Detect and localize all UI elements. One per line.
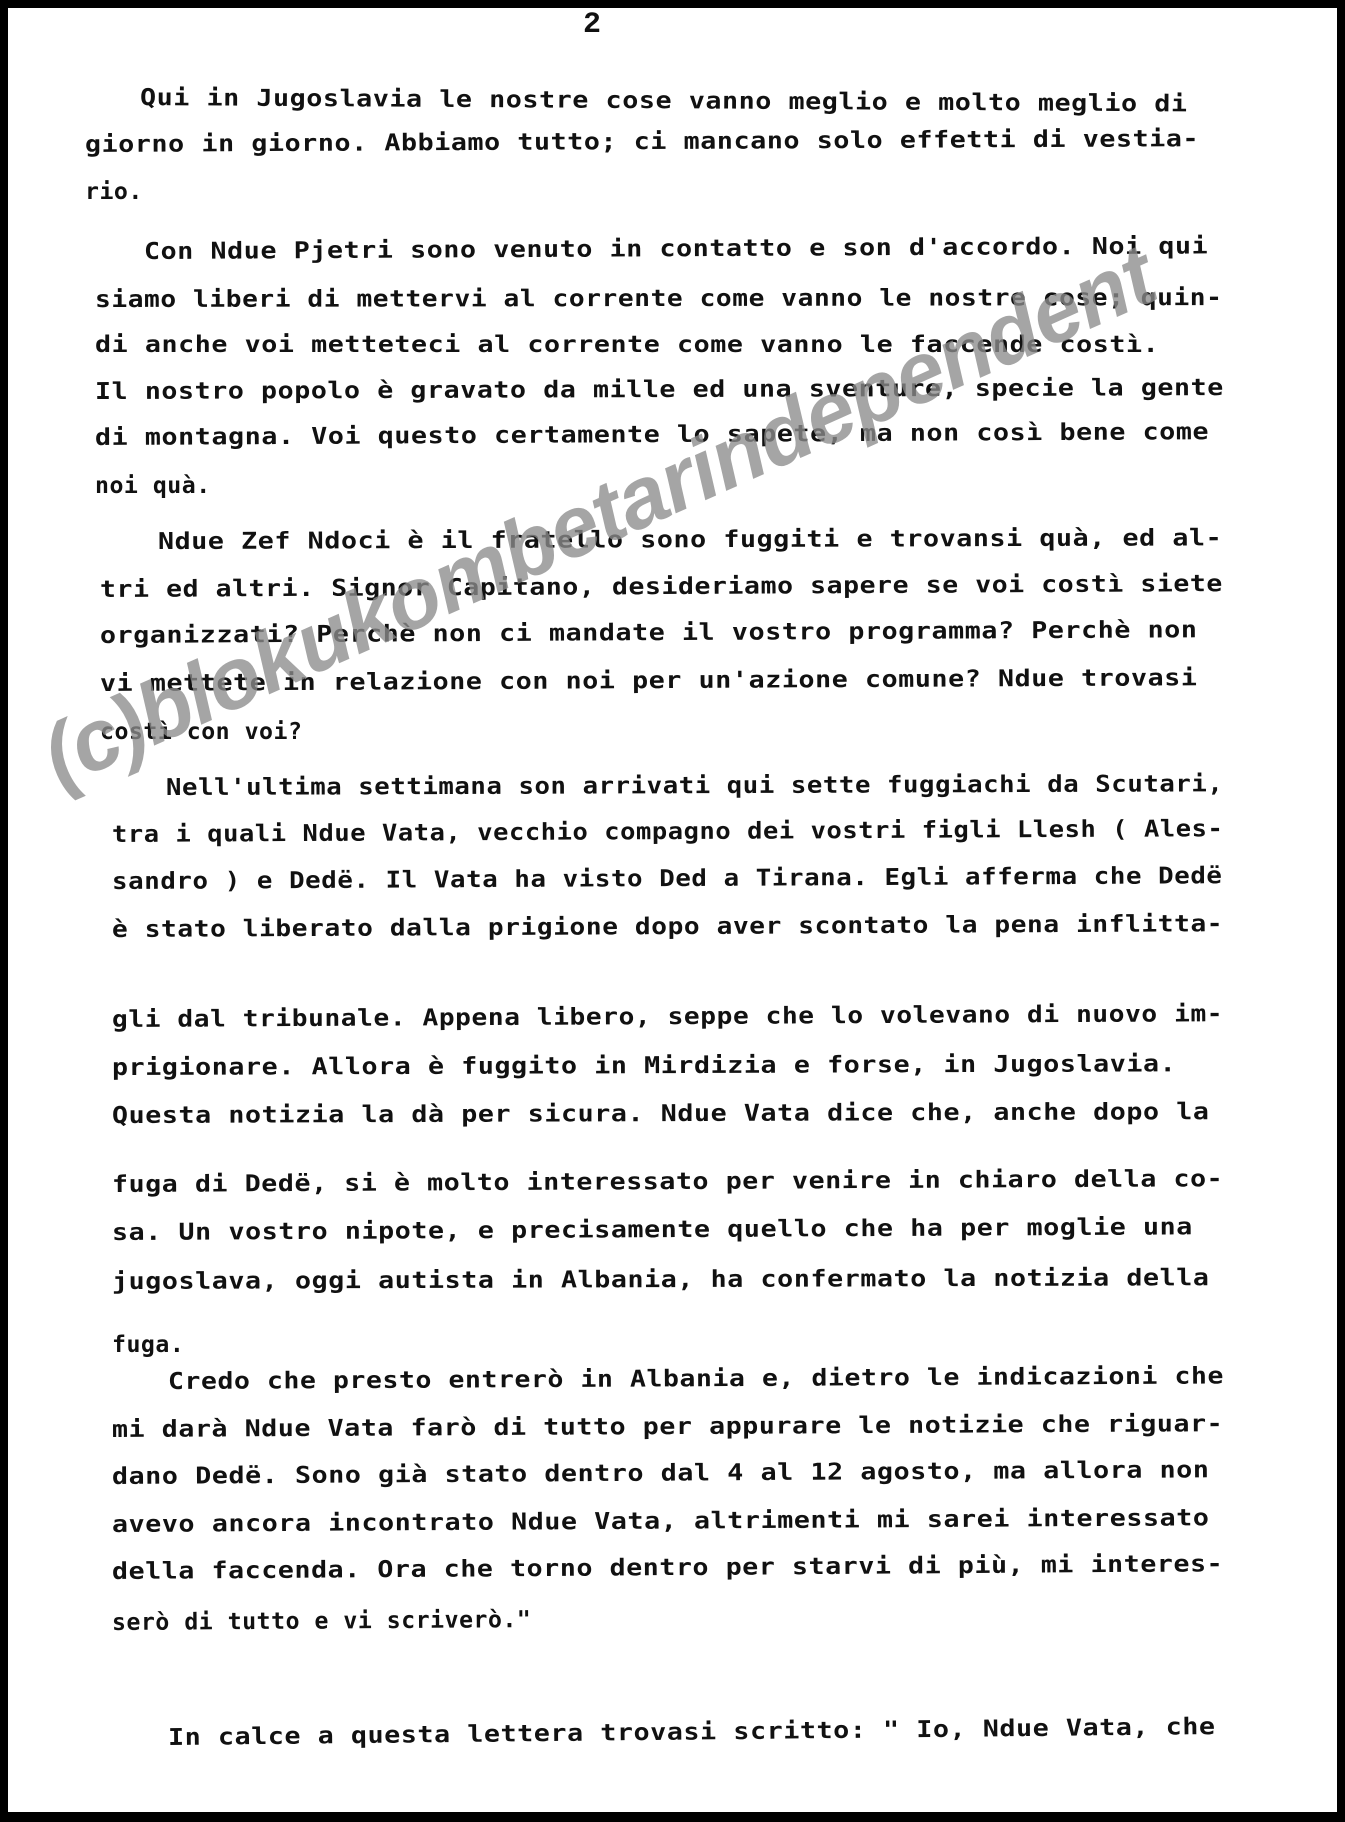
text-line: è stato liberato dalla prigione dopo ave… xyxy=(112,912,1223,941)
text-line: mi darà Ndue Vata farò di tutto per appu… xyxy=(112,1412,1223,1441)
text-line: di anche voi metteteci al corrente come … xyxy=(95,333,1159,356)
text-line: vi mettete in relazione con noi per un'a… xyxy=(100,666,1198,695)
text-line: fuga di Dedë, si è molto interessato per… xyxy=(112,1167,1223,1196)
text-line: della faccenda. Ora che torno dentro per… xyxy=(112,1552,1223,1583)
text-line: avevo ancora incontrato Ndue Vata, altri… xyxy=(112,1506,1210,1536)
text-line: Il nostro popolo è gravato da mille ed u… xyxy=(95,376,1224,403)
text-line: Questa notizia la dà per sicura. Ndue Va… xyxy=(112,1100,1210,1127)
text-line: sandro ) e Dedë. Il Vata ha visto Ded a … xyxy=(112,864,1223,893)
text-line: jugoslava, oggi autista in Albania, ha c… xyxy=(112,1266,1210,1293)
text-line: serò di tutto e vi scriverò." xyxy=(112,1608,531,1634)
text-line: noi quà. xyxy=(95,474,211,497)
page-number: 2 xyxy=(583,8,601,42)
text-line: prigionare. Allora è fuggito in Mirdizia… xyxy=(112,1052,1176,1079)
text-line: sa. Un vostro nipote, e precisamente que… xyxy=(112,1215,1193,1244)
text-line: In calce a questa lettera trovasi scritt… xyxy=(168,1715,1216,1749)
text-line: costì con voi? xyxy=(100,720,302,743)
text-line: rio. xyxy=(85,180,143,203)
text-line: Con Ndue Pjetri sono venuto in contatto … xyxy=(144,234,1208,263)
text-line: Qui in Jugoslavia le nostre cose vanno m… xyxy=(140,86,1188,116)
text-line: di montagna. Voi questo certamente lo sa… xyxy=(95,420,1209,449)
text-line: fuga. xyxy=(112,1333,184,1356)
text-line: gli dal tribunale. Appena libero, seppe … xyxy=(112,1002,1223,1031)
text-line: tra i quali Ndue Vata, vecchio compagno … xyxy=(112,817,1224,846)
text-line: siamo liberi di mettervi al corrente com… xyxy=(95,286,1222,311)
text-line: Ndue Zef Ndoci è il fratello sono fuggit… xyxy=(158,526,1222,553)
text-line: organizzati? Perchè non ci mandate il vo… xyxy=(100,618,1198,647)
text-line: giorno in giorno. Abbiamo tutto; ci manc… xyxy=(85,127,1199,156)
document-page: 2 Qui in Jugoslavia le nostre cose vanno… xyxy=(8,8,1337,1812)
text-line: Nell'ultima settimana son arrivati qui s… xyxy=(166,772,1224,799)
text-line: dano Dedë. Sono già stato dentro dal 4 a… xyxy=(112,1458,1210,1488)
text-line: Credo che presto entrerò in Albania e, d… xyxy=(168,1364,1224,1393)
text-line: tri ed altri. Signor Capitano, desideria… xyxy=(100,572,1223,601)
